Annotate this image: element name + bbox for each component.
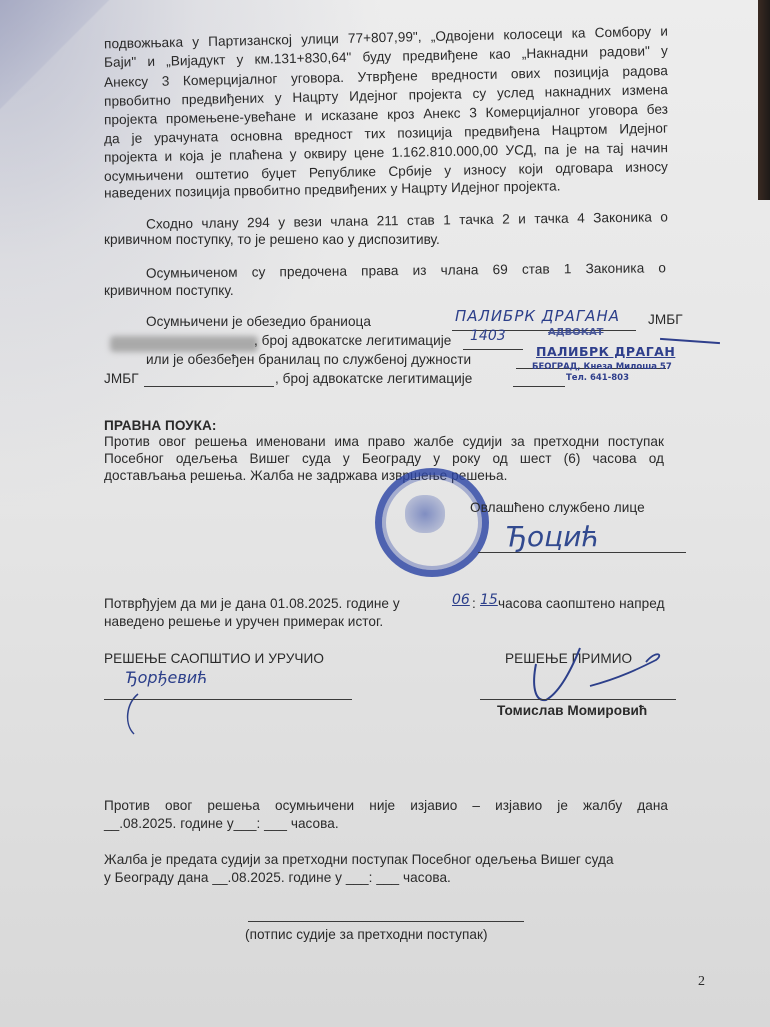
stamp-name: ПАЛИБРК ДРАГАН [536, 344, 675, 359]
time-separator: : [472, 596, 476, 611]
document-page: подвожњака у Партизанској улици 77+807,9… [0, 0, 770, 1027]
text-line: , број адвокатске легитимације [275, 371, 472, 386]
text-line: Жалба је предата судији за претходни пос… [104, 852, 614, 867]
delivered-by-label: РЕШЕЊЕ САОПШТИО И УРУЧИО [104, 651, 324, 666]
delivered-by-signature: Ђорђевић [125, 668, 208, 687]
text-line: Против овог решења осумњичени није изјав… [104, 798, 668, 813]
text-line: Осумњиченом су предочена права из члана … [146, 260, 666, 280]
license-field-line [463, 349, 523, 350]
delivered-by-signature-line [104, 699, 352, 700]
received-by-name: Томислав Момировић [497, 703, 647, 718]
text-line: Сходно члану 294 у вези члана 211 став 1… [146, 209, 668, 231]
text-line: Осумњичени је обезедио браниоца [146, 314, 371, 329]
official-signature: Ђоцић [505, 520, 600, 553]
jmbg-field-line [144, 386, 274, 387]
judge-signature-label: (потпис судије за претходни поступак) [245, 927, 488, 942]
stamp-title: АДВОКАТ [548, 327, 604, 338]
legal-notice-heading: ПРАВНА ПОУКА: [104, 418, 216, 433]
text-line: ЈМБГ [648, 312, 683, 327]
official-signature-line [478, 552, 686, 553]
text-line: ЈМБГ [104, 371, 139, 386]
signature-flourish [120, 690, 160, 740]
text-line: или је обезбеђен бранилац по службеној д… [146, 352, 471, 367]
text-line: __.08.2025. године у___: ___ часова. [104, 816, 339, 831]
handwritten-minute: 15 [480, 592, 498, 608]
stamp-phone: Тел. 641-803 [566, 373, 629, 383]
received-by-signature-line [480, 699, 676, 700]
text-line: Посебног одељења Вишег суда у Београду у… [104, 451, 664, 466]
text-line: Против овог решења именовани има право ж… [104, 434, 664, 449]
text-line: Потврђујем да ми је дана 01.08.2025. год… [104, 596, 400, 611]
background-edge [758, 0, 770, 200]
judge-signature-line [248, 921, 524, 922]
stamp-address: БЕОГРАД, Кнеза Милоша 57 [532, 362, 672, 372]
text-line: у Београду дана __.08.2025. године у ___… [104, 870, 451, 885]
text-line: кривичном поступку. [104, 283, 234, 298]
official-label: Овлашћено службено лице [470, 500, 645, 515]
redacted-jmbg [110, 336, 258, 352]
license-field-line-2 [513, 386, 565, 387]
text-line: наведено решење и уручен примерак истог. [104, 614, 383, 629]
handwritten-license-number: 1403 [470, 328, 506, 344]
paper-shadow [0, 0, 120, 120]
text-line: кривичном поступку, то је решено као у д… [104, 232, 440, 247]
handwritten-hour: 06 [452, 592, 470, 608]
seal-emblem [405, 495, 445, 533]
text-line: часова саопштено напред [498, 596, 665, 611]
text-line: , број адвокатске легитимације [254, 333, 451, 348]
handwritten-counsel-name: ПАЛИБРК ДРАГАНА [455, 307, 620, 325]
page-number: 2 [698, 974, 705, 990]
